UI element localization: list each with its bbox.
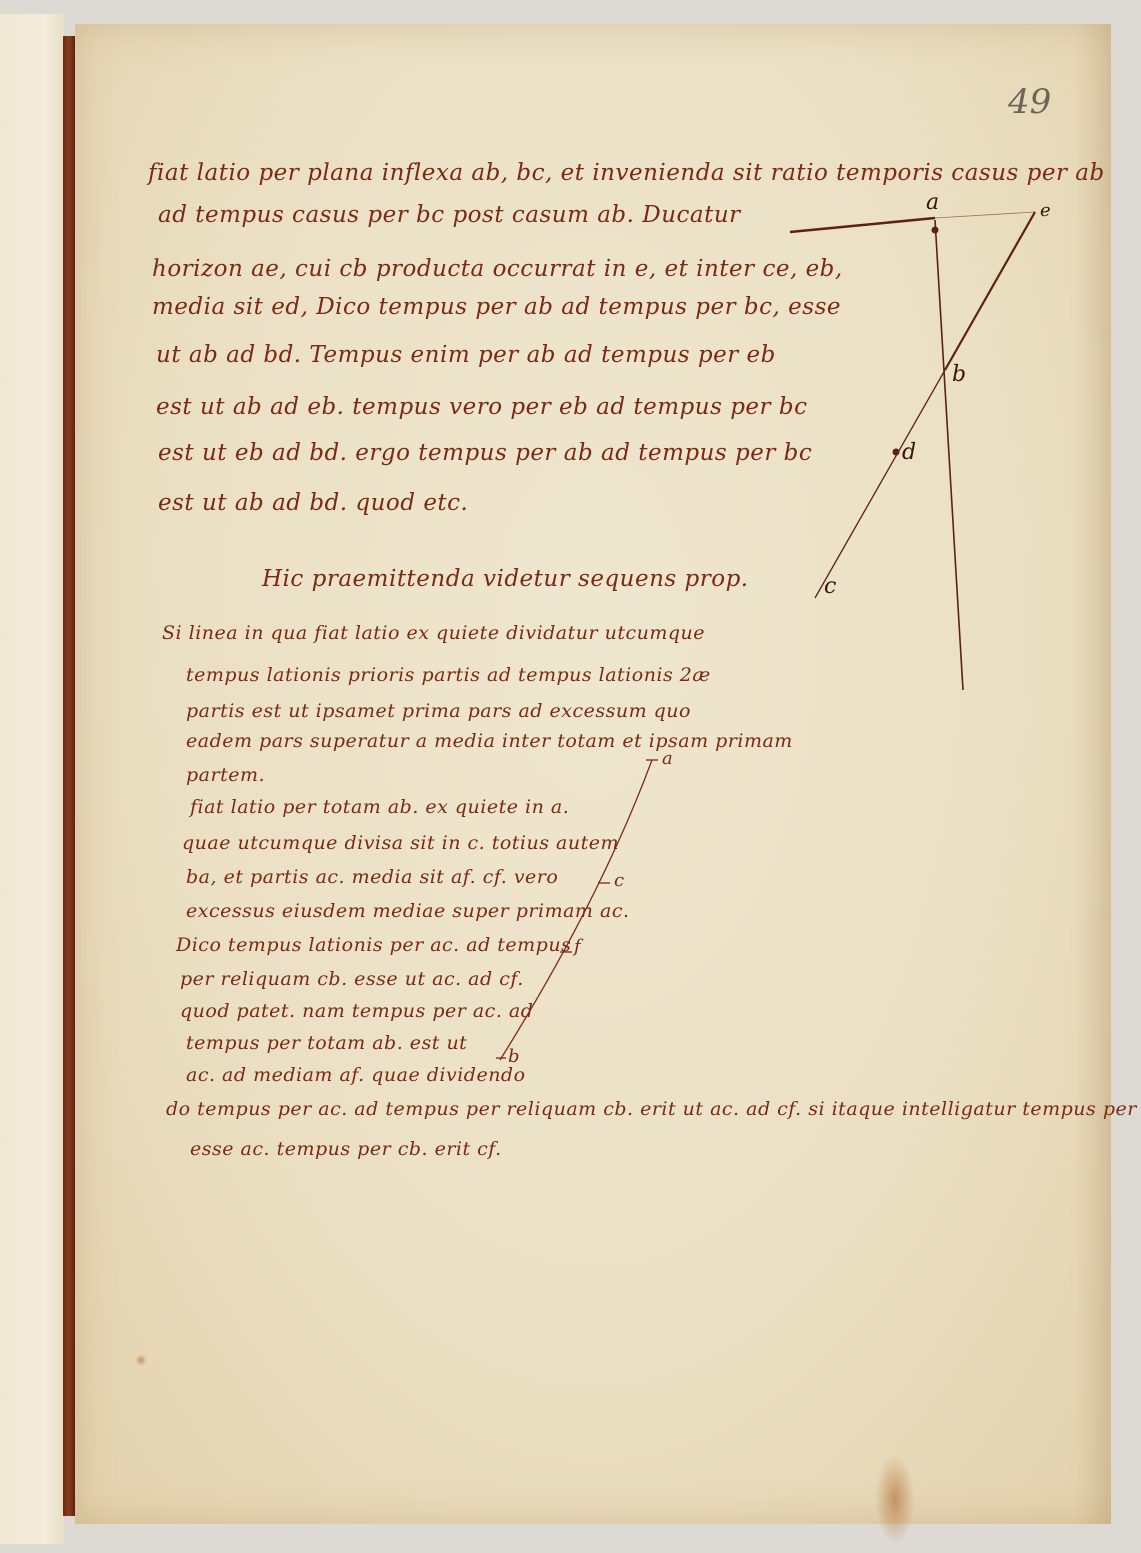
geometric-figures	[0, 0, 1141, 1553]
figure-label-d: d	[902, 440, 916, 465]
figure-label-e: e	[1040, 200, 1051, 221]
figure-label-b: b	[952, 362, 966, 387]
figure2-label-f: f	[574, 936, 581, 957]
figure-fall-line	[496, 760, 658, 1060]
figure2-label-b: b	[508, 1046, 520, 1067]
figure2-label-c: c	[614, 870, 624, 891]
figure-label-c: c	[824, 574, 836, 599]
figure2-label-a: a	[662, 748, 673, 769]
figure-label-a: a	[926, 190, 939, 215]
